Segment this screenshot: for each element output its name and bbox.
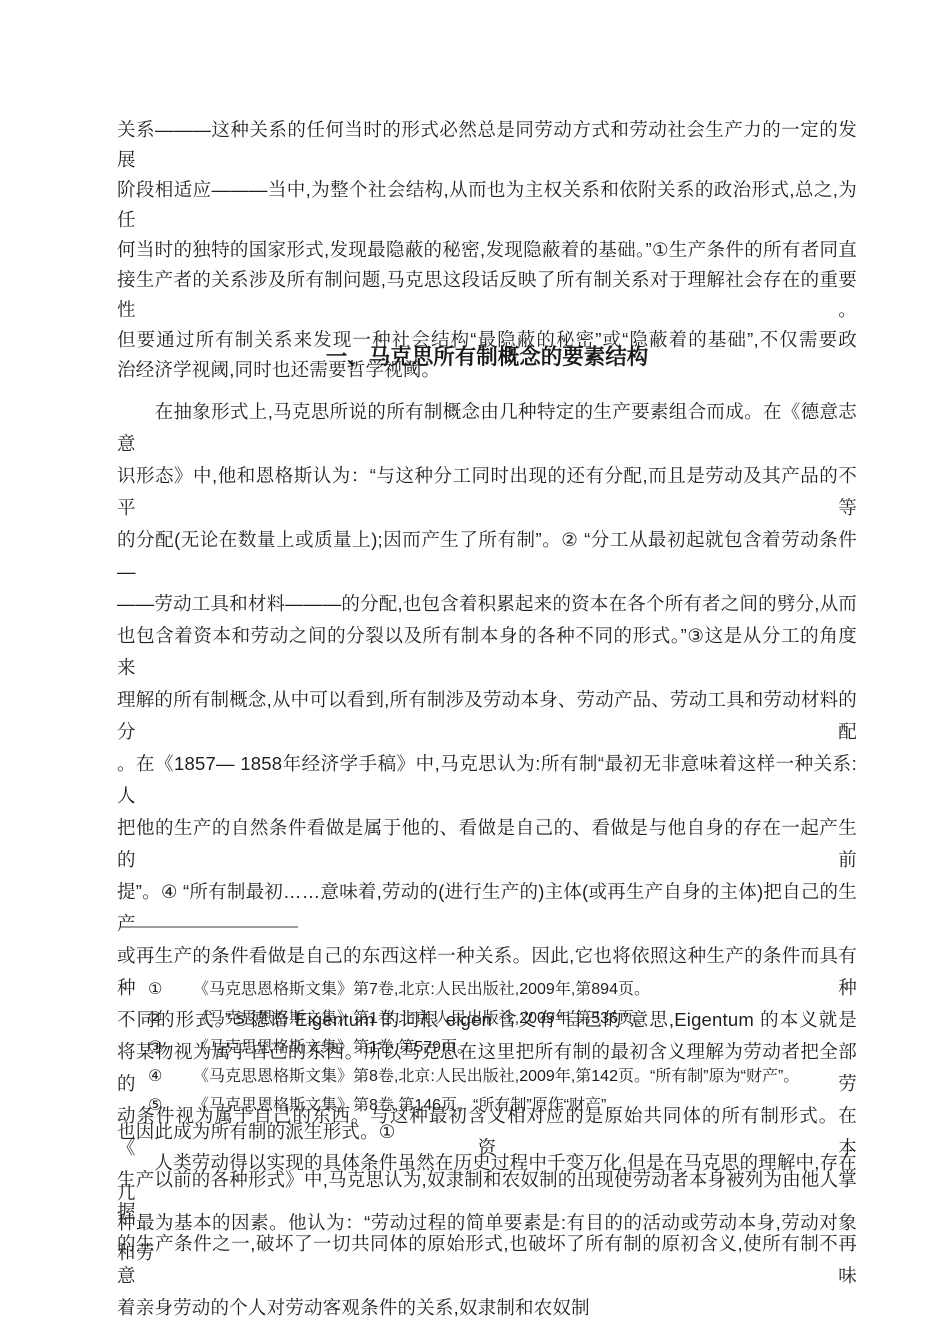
footnote-text: 《马克思恩格斯文集》第1卷,第579页。 [193, 1039, 473, 1056]
text-line: ——劳动工具和材料———的分配,也包含着积累起来的资本在各个所有者之间的劈分,从… [117, 588, 857, 620]
closing-paragraph: 人类劳动得以实现的具体条件虽然在历史过程中千变万化,但是在马克思的理解中,存在几… [117, 1148, 857, 1268]
footnote-marker: ④ [148, 1062, 162, 1091]
text-line: 着亲身劳动的个人对劳动客观条件的关系,奴隶制和农奴制 [117, 1292, 857, 1324]
text-line: 接生产者的关系涉及所有制问题,马克思这段话反映了所有制关系对于理解社会存在的重要… [117, 265, 857, 325]
text-line: 人类劳动得以实现的具体条件虽然在历史过程中千变万化,但是在马克思的理解中,存在几 [117, 1148, 857, 1208]
footnote-item: ② 《马克思恩格斯文集》第1卷,北京:人民出版社,2009年,第536页。 [117, 1004, 857, 1033]
text-line: 的分配(无论在数量上或质量上);因而产生了所有制”。② “分工从最初起就包含着劳… [117, 524, 857, 588]
footnote-item: ① 《马克思恩格斯文集》第7卷,北京:人民出版社,2009年,第894页。 [117, 975, 857, 1004]
text-line: 。在《1857— 1858年经济学手稿》中,马克思认为:所有制“最初无非意味着这… [117, 748, 857, 812]
footnote-item: ③ 《马克思恩格斯文集》第1卷,第579页。 [117, 1033, 857, 1062]
footnote-marker: ① [148, 975, 162, 1004]
continuation-line: 也因此成为所有制的派生形式。① [117, 1117, 857, 1147]
text-line: 种最为基本的因素。他认为：“劳动过程的简单要素是:有目的的活动或劳动本身,劳动对… [117, 1208, 857, 1268]
footnote-marker: ⑤ [148, 1091, 162, 1120]
text-line: 理解的所有制概念,从中可以看到,所有制涉及劳动本身、劳动产品、劳动工具和劳动材料… [117, 684, 857, 748]
footnote-marker: ③ [148, 1033, 162, 1062]
footnote-separator [121, 926, 298, 928]
text-line: 阶段相适应———当中,为整个社会结构,从而也为主权关系和依附关系的政治形式,总之… [117, 175, 857, 235]
text-line: 也包含着资本和劳动之间的分裂以及所有制本身的各种不同的形式。”③这是从分工的角度… [117, 620, 857, 684]
footnote-text: 《马克思恩格斯文集》第7卷,北京:人民出版社,2009年,第894页。 [193, 981, 650, 998]
text-line: 关系———这种关系的任何当时的形式必然总是同劳动方式和劳动社会生产力的一定的发展 [117, 115, 857, 175]
text-line: 也因此成为所有制的派生形式。① [117, 1117, 857, 1147]
footnote-text: 《马克思恩格斯文集》第8卷,第146页。“所有制”原作“财产”。 [193, 1097, 622, 1114]
text-line: 识形态》中,他和恩格斯认为：“与这种分工同时出现的还有分配,而且是劳动及其产品的… [117, 460, 857, 524]
footnote-item: ⑤ 《马克思恩格斯文集》第8卷,第146页。“所有制”原作“财产”。 [117, 1091, 857, 1120]
text-line: 把他的生产的自然条件看做是属于他的、看做是自己的、看做是与他自身的存在一起产生的… [117, 812, 857, 876]
footnote-marker: ② [148, 1004, 162, 1033]
footnote-item: ④ 《马克思恩格斯文集》第8卷,北京:人民出版社,2009年,第142页。“所有… [117, 1062, 857, 1091]
text-line: 在抽象形式上,马克思所说的所有制概念由几种特定的生产要素组合而成。在《德意志意 [117, 396, 857, 460]
footnote-text: 《马克思恩格斯文集》第8卷,北京:人民出版社,2009年,第142页。“所有制”… [193, 1068, 799, 1085]
document-page: 关系———这种关系的任何当时的形式必然总是同劳动方式和劳动社会生产力的一定的发展… [0, 0, 950, 1344]
footnote-list: ① 《马克思恩格斯文集》第7卷,北京:人民出版社,2009年,第894页。 ② … [117, 975, 857, 1120]
text-line: 提”。④ “所有制最初……意味着,劳动的(进行生产的)主体(或再生产自身的主体)… [117, 876, 857, 940]
section-heading: 一、马克思所有制概念的要素结构 [117, 342, 857, 372]
footnote-text: 《马克思恩格斯文集》第1卷,北京:人民出版社,2009年,第536页。 [193, 1010, 650, 1027]
text-line: 何当时的独特的国家形式,发现最隐蔽的秘密,发现隐蔽着的基础。”①生产条件的所有者… [117, 235, 857, 265]
